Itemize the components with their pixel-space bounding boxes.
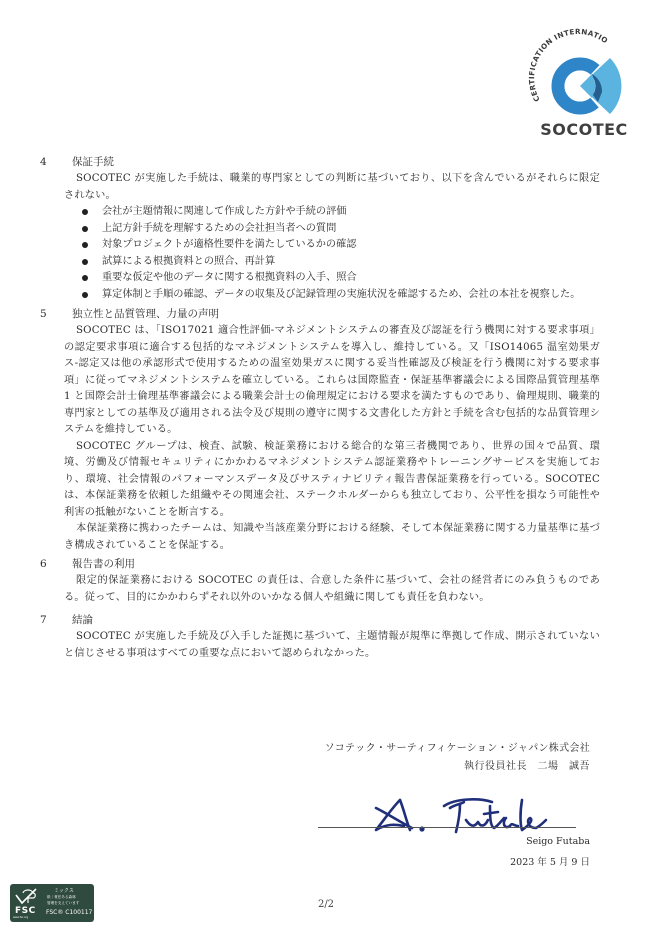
section-paragraph: SOCOTEC が実施した手続及び入手した証拠に基づいて、主題情報が規準に準拠し… (64, 629, 600, 662)
section-7-conclusion: 7 結論 SOCOTEC が実施した手続及び入手した証拠に基づいて、主題情報が規… (40, 612, 600, 662)
section-number: 7 (40, 612, 72, 629)
fsc-label: ミックス (54, 887, 74, 894)
section-title: 報告書の利用 (72, 556, 135, 573)
list-item: 上記方針手続を理解するための会社担当者への質問 (80, 221, 600, 238)
section-number: 5 (40, 306, 72, 323)
fsc-site-text: www.fsc.org (13, 916, 28, 919)
signatory-company: ソコテック・サーティフィケーション・ジャパン株式会社 (325, 739, 590, 754)
section-6-report-use: 6 報告書の利用 限定的保証業務における SOCOTEC の責任は、合意した条件… (40, 556, 600, 606)
section-paragraph: SOCOTEC が実施した手続は、職業的専門家としての判断に基づいており、以下を… (64, 171, 600, 204)
signature-line (318, 827, 576, 828)
section-4-assurance-procedures: 4 保証手続 SOCOTEC が実施した手続は、職業的専門家としての判断に基づい… (40, 154, 600, 304)
page-number: 2/2 (0, 899, 652, 910)
list-item: 算定体制と手順の確認、データの収集及び記録管理の実施状況を確認するため、会社の本… (80, 287, 600, 304)
procedure-list: 会社が主題情報に関連して作成した方針や手続の評価 上記方針手続を理解するための会… (80, 204, 600, 304)
section-number: 6 (40, 556, 72, 573)
signatory-printed-name: Seigo Futaba (526, 836, 590, 847)
list-item: 重要な仮定や他のデータに関する根拠資料の入手、照合 (80, 270, 600, 287)
list-item: 対象プロジェクトが適格性要件を満たしているかの確認 (80, 237, 600, 254)
section-paragraph: SOCOTEC グループは、検査、試験、検証業務における総合的な第三者機関であり… (64, 439, 600, 522)
section-paragraph: 本保証業務に携わったチームは、知識や当該産業分野における経験、そして本保証業務に… (64, 521, 600, 554)
section-title: 結論 (72, 612, 93, 629)
fsc-license-code: FSC® C100117 (46, 909, 92, 916)
list-item: 会社が主題情報に関連して作成した方針や手続の評価 (80, 204, 600, 221)
signatory-title-name: 執行役員社長 二場 誠吾 (464, 757, 590, 772)
section-number: 4 (40, 154, 72, 171)
signature-date: 2023 年 5 月 9 日 (510, 854, 590, 868)
socotec-emblem-icon: CERTIFICATION INTERNATIONAL (522, 22, 634, 122)
list-item: 試算による根拠資料との照合、再計算 (80, 254, 600, 271)
section-paragraph: 限定的保証業務における SOCOTEC の責任は、合意した条件に基づいて、会社の… (64, 573, 600, 606)
section-title: 保証手続 (72, 154, 114, 171)
handwritten-signature-icon (370, 796, 560, 836)
section-5-independence-quality: 5 独立性と品質管理、力量の声明 SOCOTEC は、「ISO17021 適合性… (40, 306, 600, 554)
document-page: CERTIFICATION INTERNATIONAL SOCOTEC 4 保証… (0, 0, 652, 936)
section-title: 独立性と品質管理、力量の声明 (72, 306, 219, 323)
logo-brand-text: SOCOTEC (534, 120, 634, 139)
socotec-logo: CERTIFICATION INTERNATIONAL SOCOTEC (522, 22, 634, 142)
section-paragraph: SOCOTEC は、「ISO17021 適合性評価-マネジメントシステムの審査及… (64, 323, 600, 439)
